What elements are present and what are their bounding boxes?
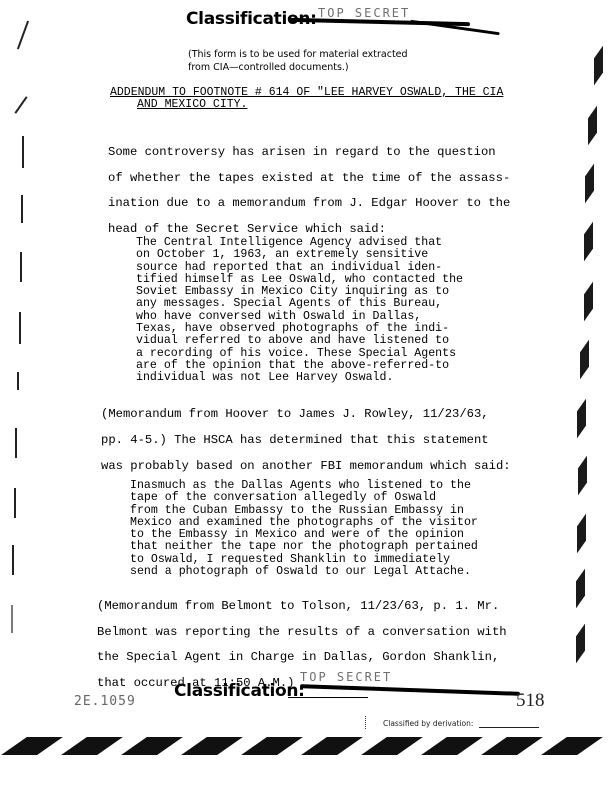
stripe-block — [421, 737, 483, 755]
form-usage-note: (This form is to be used for material ex… — [188, 48, 408, 74]
text-line: Some controversy has arisen in regard to… — [108, 140, 510, 166]
text-line: pp. 4-5.) The HSCA has determined that t… — [101, 427, 511, 453]
stripe-block — [578, 456, 587, 496]
stripe-block — [577, 514, 586, 554]
block-quote-fbi-memo: Inasmuch as the Dallas Agents who listen… — [130, 480, 478, 578]
text-line: (Memorandum from Belmont to Tolson, 11/2… — [97, 594, 507, 620]
document-title: ADDENDUM TO FOOTNOTE # 614 OF "LEE HARVE… — [110, 87, 555, 111]
text-line: ination due to a memorandum from J. Edga… — [108, 191, 510, 217]
quote-line: vidual referred to above and have listen… — [136, 335, 463, 347]
classification-underline-bottom — [288, 697, 368, 698]
stripe-block — [588, 106, 597, 146]
text-line: the Special Agent in Charge in Dallas, G… — [97, 645, 507, 671]
edge-mark — [15, 428, 17, 458]
body-paragraph-1: Some controversy has arisen in regard to… — [108, 140, 510, 242]
document-page: Classification: TOP SECRET (This form is… — [0, 0, 612, 791]
page-number: 518 — [516, 690, 545, 712]
quote-line: on October 1, 1963, an extremely sensiti… — [136, 249, 463, 261]
stripe-block — [181, 737, 243, 755]
block-quote-hoover-memo: The Central Intelligence Agency advised … — [136, 237, 463, 385]
stripe-block — [241, 737, 303, 755]
edge-mark — [14, 488, 16, 518]
quote-line: any messages. Special Agents of this Bur… — [136, 298, 463, 310]
edge-mark — [17, 21, 29, 50]
text-line: Belmont was reporting the results of a c… — [97, 620, 507, 646]
stripe-block — [594, 46, 603, 86]
classified-by-derivation: Classified by derivation: — [383, 719, 539, 728]
text-line: of whether the tapes existed at the time… — [108, 166, 510, 192]
document-id: 2E.1059 — [74, 694, 136, 709]
stripe-block — [301, 737, 363, 755]
quote-line: send a photograph of Oswald to our Legal… — [130, 566, 478, 578]
document-title-line-2: AND MEXICO CITY. — [110, 99, 555, 111]
text-line: (Memorandum from Hoover to James J. Rowl… — [101, 401, 511, 427]
edge-mark — [19, 312, 21, 344]
derivation-label: Classified by derivation: — [383, 719, 473, 728]
edge-mark — [11, 605, 13, 633]
quote-line: individual was not Lee Harvey Oswald. — [136, 372, 463, 384]
stripe-block — [584, 222, 593, 262]
stripe-block — [584, 282, 593, 322]
stripe-block — [361, 737, 423, 755]
form-note-line-1: (This form is to be used for material ex… — [188, 48, 408, 61]
stripe-block — [585, 164, 594, 204]
text-line: was probably based on another FBI memora… — [101, 453, 511, 479]
stripe-block — [121, 737, 183, 755]
stripe-block — [1, 737, 63, 755]
stripe-block — [576, 624, 585, 664]
edge-mark — [21, 195, 23, 223]
edge-mark — [20, 252, 22, 282]
edge-mark — [17, 372, 19, 390]
classification-stripe-border-bottom — [0, 737, 612, 759]
edge-mark — [12, 545, 14, 575]
derivation-blank-line — [479, 727, 539, 728]
stripe-block — [577, 399, 586, 439]
stripe-block — [481, 737, 543, 755]
classification-label-bottom: Classification: — [174, 681, 305, 701]
edge-mark — [22, 136, 24, 168]
stripe-block — [580, 340, 589, 380]
stripe-block — [541, 737, 603, 755]
quote-line: tape of the conversation allegedly of Os… — [130, 492, 478, 504]
stripe-block — [576, 569, 585, 609]
form-note-line-2: from CIA—controlled documents.) — [188, 61, 408, 74]
classification-stamp-bottom: TOP SECRET — [300, 670, 392, 684]
body-paragraph-2: (Memorandum from Hoover to James J. Rowl… — [101, 401, 511, 479]
quote-line: that neither the tape nor the photograph… — [130, 541, 478, 553]
edge-mark — [14, 96, 27, 114]
derivation-divider — [365, 716, 367, 729]
stripe-block — [61, 737, 123, 755]
